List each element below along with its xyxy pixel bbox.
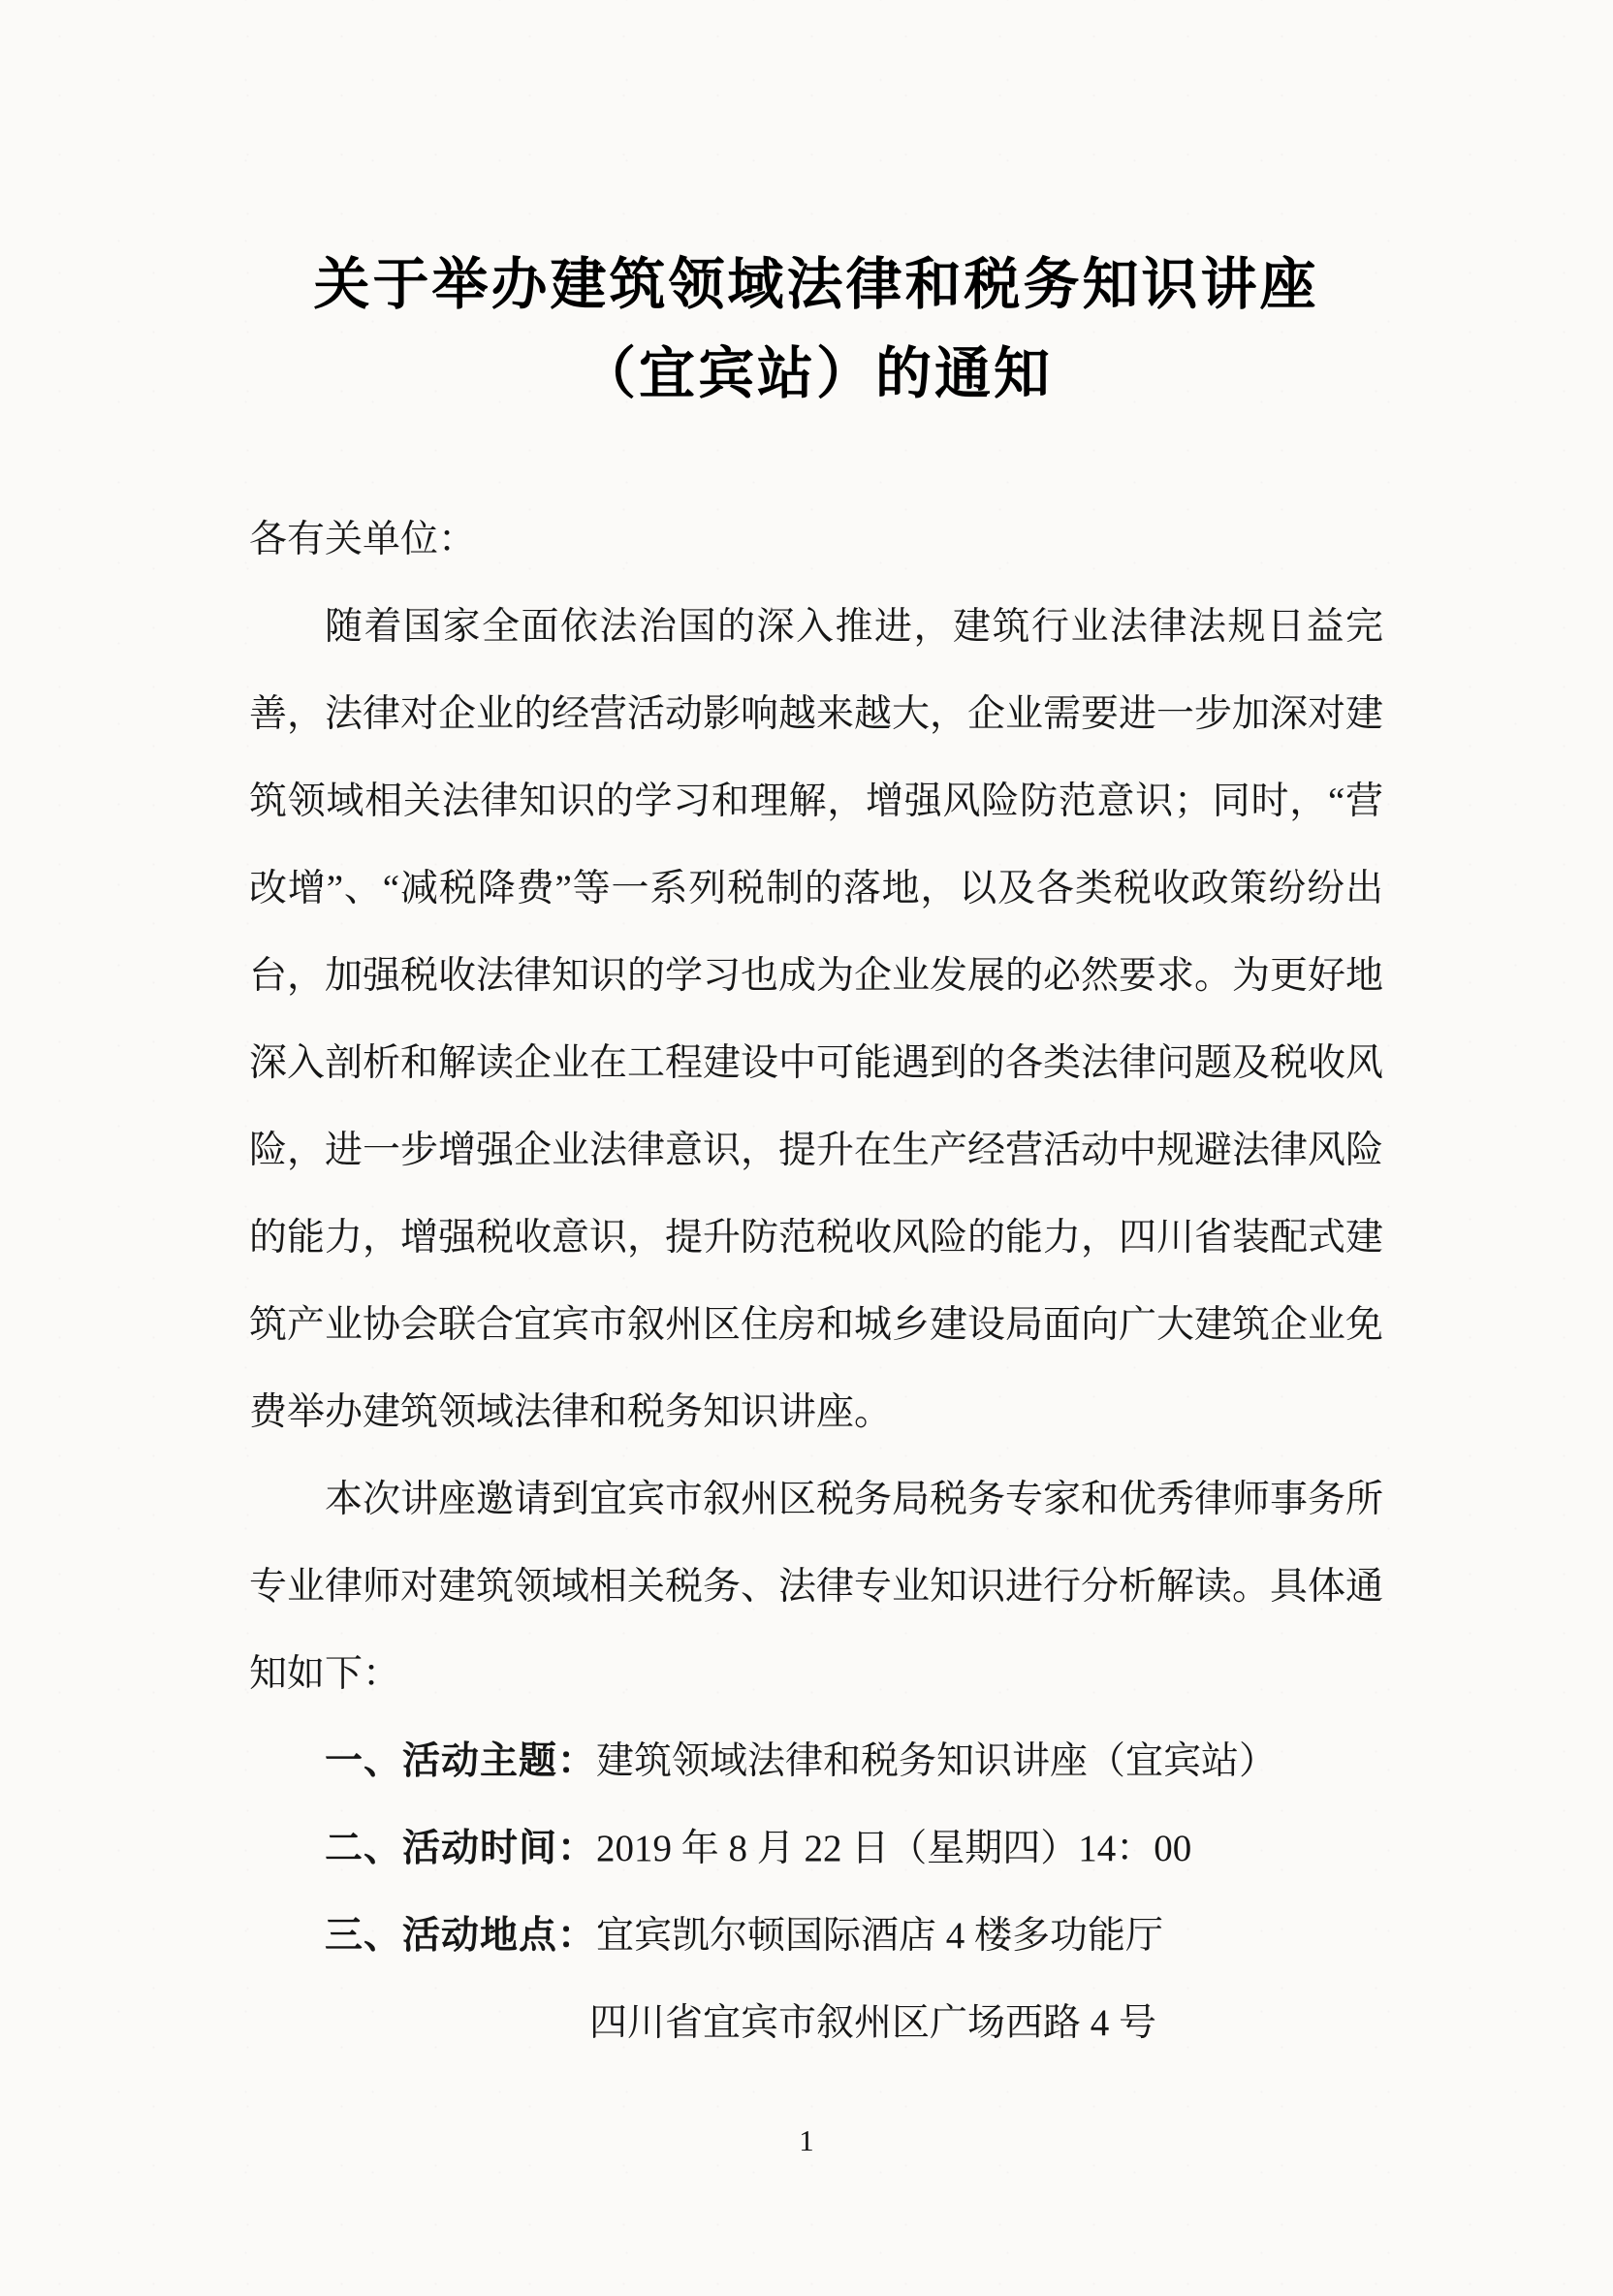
list-item-time-value: 2019 年 8 月 22 日（星期四）14：00 bbox=[596, 1828, 1191, 1869]
paragraph-intro: 随着国家全面依法治国的深入推进，建筑行业法律法规日益完善，法律对企业的经营活动影… bbox=[249, 584, 1383, 1456]
salutation: 各有关单位： bbox=[249, 496, 1383, 584]
list-item-location: 三、活动地点：宜宾凯尔顿国际酒店 4 楼多功能厅 bbox=[249, 1893, 1383, 1980]
title-line-2: （宜宾站）的通知 bbox=[249, 330, 1383, 419]
list-item-location-address: 四川省宜宾市叙州区广场西路 4 号 bbox=[249, 1980, 1383, 2067]
list-item-topic-label: 一、活动主题： bbox=[325, 1740, 596, 1782]
list-item-topic: 一、活动主题：建筑领域法律和税务知识讲座（宜宾站） bbox=[249, 1718, 1383, 1805]
paragraph-invitation: 本次讲座邀请到宜宾市叙州区税务局税务专家和优秀律师事务所专业律师对建筑领域相关税… bbox=[249, 1456, 1383, 1718]
list-item-topic-value: 建筑领域法律和税务知识讲座（宜宾站） bbox=[596, 1740, 1277, 1782]
document-title: 关于举办建筑领域法律和税务知识讲座 （宜宾站）的通知 bbox=[249, 240, 1383, 419]
list-item-location-address-value: 四川省宜宾市叙州区广场西路 4 号 bbox=[589, 2002, 1156, 2044]
notice-detail-list: 一、活动主题：建筑领域法律和税务知识讲座（宜宾站） 二、活动时间：2019 年 … bbox=[249, 1718, 1383, 2067]
list-item-location-value: 宜宾凯尔顿国际酒店 4 楼多功能厅 bbox=[596, 1915, 1163, 1957]
list-item-location-label: 三、活动地点： bbox=[325, 1915, 596, 1957]
list-item-time: 二、活动时间：2019 年 8 月 22 日（星期四）14：00 bbox=[249, 1805, 1383, 1893]
title-line-1: 关于举办建筑领域法律和税务知识讲座 bbox=[249, 240, 1383, 330]
page-number: 1 bbox=[0, 2123, 1613, 2158]
list-item-time-label: 二、活动时间： bbox=[325, 1828, 596, 1869]
document-body: 各有关单位： 随着国家全面依法治国的深入推进，建筑行业法律法规日益完善，法律对企… bbox=[249, 496, 1383, 2067]
document-page: 关于举办建筑领域法律和税务知识讲座 （宜宾站）的通知 各有关单位： 随着国家全面… bbox=[0, 0, 1613, 2296]
